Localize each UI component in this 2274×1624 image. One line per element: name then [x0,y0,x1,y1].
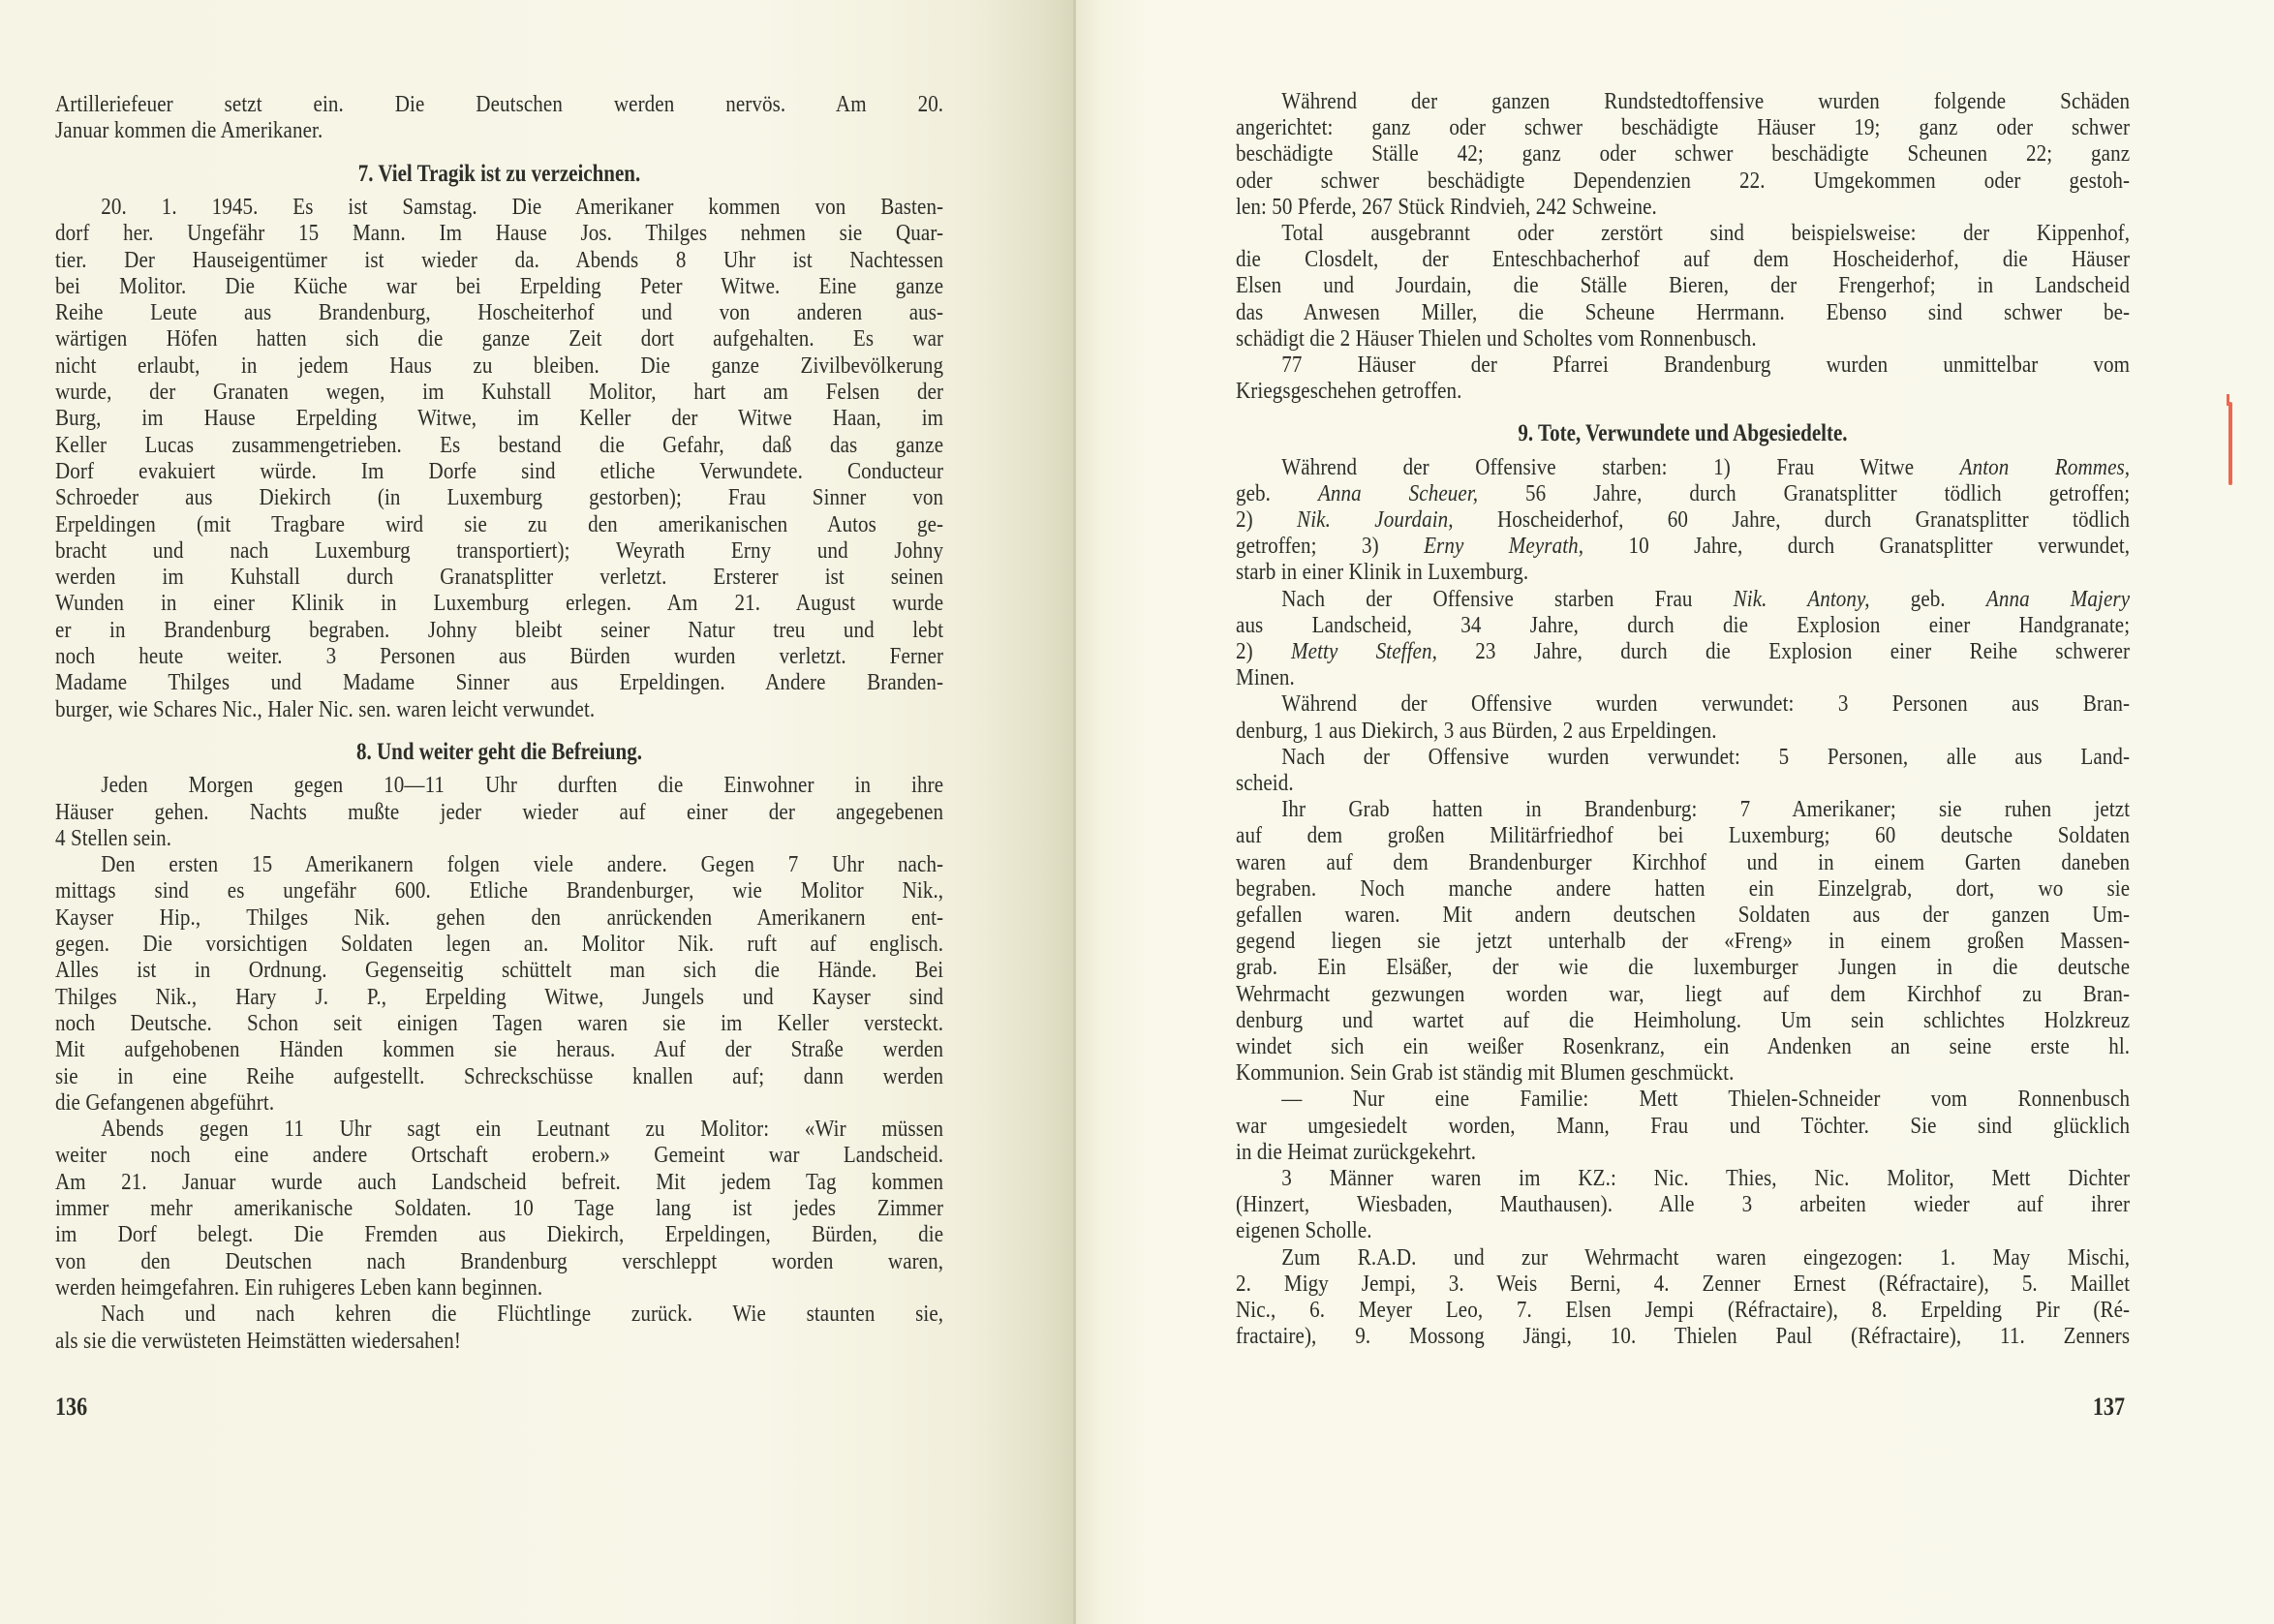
text-line: Wunden in einer Klinik in Luxemburg erle… [55,590,943,616]
text-line: starb in einer Klinik in Luxemburg. [1236,559,2130,585]
text-line: angerichtet: ganz oder schwer beschädigt… [1236,114,2130,140]
text-line: 3 Männer waren im KZ.: Nic. Thies, Nic. … [1236,1165,2130,1191]
text-line: Kayser Hip., Thilges Nik. gehen den anrü… [55,904,943,931]
text-line: Den ersten 15 Amerikanern folgen viele a… [55,851,943,877]
text-line: — Nur eine Familie: Mett Thielen-Schneid… [1236,1086,2130,1112]
text-line: Nach und nach kehren die Flüchtlinge zur… [55,1301,943,1327]
text-line: Januar kommen die Amerikaner. [55,117,943,143]
text-line: Wehrmacht gezwungen worden war, liegt au… [1236,981,2130,1007]
text-line: Minen. [1236,664,2130,690]
text-line: (Hinzert, Wiesbaden, Mauthausen). Alle 3… [1236,1191,2130,1217]
text-line: aus Landscheid, 34 Jahre, durch die Expl… [1236,612,2130,638]
text-line: Reihe Leute aus Brandenburg, Hoscheiterh… [55,299,943,325]
text-line: eigenen Scholle. [1236,1217,2130,1243]
text-line: Keller Lucas zusammengetrieben. Es besta… [55,432,943,458]
text-line: tier. Der Hauseigentümer ist wieder da. … [55,247,943,273]
text-line: Thilges Nik., Hary J. P., Erpelding Witw… [55,984,943,1010]
text-line: denburg, 1 aus Diekirch, 3 aus Bürden, 2… [1236,718,2130,744]
text-line: denburg und wartet auf die Heimholung. U… [1236,1007,2130,1033]
text-line: Total ausgebrannt oder zerstört sind bei… [1236,220,2130,246]
text-line: wärtigen Höfen hatten sich die ganze Zei… [55,325,943,352]
text-line: Jeden Morgen gegen 10—11 Uhr durften die… [55,772,943,798]
text-line: grab. Ein Elsäßer, der wie die luxemburg… [1236,954,2130,980]
text-line: nicht erlaubt, in jedem Haus zu bleiben.… [55,352,943,379]
text-line: bei Molitor. Die Küche war bei Erpelding… [55,273,943,299]
text-line: in die Heimat zurückgekehrt. [1236,1139,2130,1165]
text-line: 4 Stellen sein. [55,825,943,851]
text-line: 2) Metty Steffen, 23 Jahre, durch die Ex… [1236,638,2130,664]
page-number-right: 137 [2093,1393,2125,1422]
text-line: das Anwesen Miller, die Scheune Herrmann… [1236,299,2130,325]
text-line: Nach der Offensive wurden verwundet: 5 P… [1236,744,2130,770]
text-line: immer mehr amerikanische Soldaten. 10 Ta… [55,1195,943,1221]
text-line: getroffen; 3) Erny Meyrath, 10 Jahre, du… [1236,533,2130,559]
text-line: fractaire), 9. Mossong Jängi, 10. Thiele… [1236,1323,2130,1349]
text-line: Nach der Offensive starben Frau Nik. Ant… [1236,586,2130,612]
text-line: Während der ganzen Rundstedtoffensive wu… [1236,88,2130,114]
text-line: Dorf evakuiert würde. Im Dorfe sind etli… [55,458,943,484]
text-line: beschädigte Ställe 42; ganz oder schwer … [1236,140,2130,167]
text-line: Häuser gehen. Nachts mußte jeder wieder … [55,799,943,825]
text-line: weiter noch eine andere Ortschaft erober… [55,1142,943,1168]
text-line: Kriegsgeschehen getroffen. [1236,378,2130,404]
text-line: auf dem großen Militärfriedhof bei Luxem… [1236,822,2130,848]
text-line: wurde, der Granaten wegen, im Kuhstall M… [55,379,943,405]
text-line: werden im Kuhstall durch Granatsplitter … [55,564,943,590]
text-line: Kommunion. Sein Grab ist ständig mit Blu… [1236,1059,2130,1086]
text-line: noch heute weiter. 3 Personen aus Bürden… [55,643,943,669]
text-line: Madame Thilges und Madame Sinner aus Erp… [55,669,943,695]
text-line: mittags sind es ungefähr 600. Etliche Br… [55,877,943,904]
text-line: Zum R.A.D. und zur Wehrmacht waren einge… [1236,1244,2130,1271]
text-line: begraben. Noch manche andere hatten ein … [1236,875,2130,902]
text-line: Artilleriefeuer setzt ein. Die Deutschen… [55,91,943,117]
text-line: len: 50 Pferde, 267 Stück Rindvieh, 242 … [1236,194,2130,220]
text-line: Am 21. Januar wurde auch Landscheid befr… [55,1169,943,1195]
text-line: dorf her. Ungefähr 15 Mann. Im Hause Jos… [55,220,943,246]
text-line: bracht und nach Luxemburg transportiert)… [55,537,943,564]
text-line: 2) Nik. Jourdain, Hoscheiderhof, 60 Jahr… [1236,506,2130,533]
section-heading: 9. Tote, Verwundete und Abgesiedelte. [1307,419,2058,448]
text-line: Elsen und Jourdain, die Ställe Bieren, d… [1236,272,2130,298]
text-line: Schroeder aus Diekirch (in Luxemburg ges… [55,484,943,510]
text-line: 20. 1. 1945. Es ist Samstag. Die Amerika… [55,194,943,220]
text-line: Nic., 6. Meyer Leo, 7. Elsen Jempi (Réfr… [1236,1297,2130,1323]
text-line: windet sich ein weißer Rosenkranz, ein A… [1236,1033,2130,1059]
text-line: 77 Häuser der Pfarrei Brandenburg wurden… [1236,352,2130,378]
text-line: die Gefangenen abgeführt. [55,1089,943,1116]
text-line: waren auf dem Brandenburger Kirchhof und… [1236,849,2130,875]
text-line: Während der Offensive starben: 1) Frau W… [1236,454,2130,480]
text-line: die Closdelt, der Enteschbacherhof auf d… [1236,246,2130,272]
text-line: schädigt die 2 Häuser Thielen und Scholt… [1236,325,2130,352]
text-line: scheid. [1236,770,2130,796]
text-line: im Dorf belegt. Die Fremden aus Diekirch… [55,1221,943,1247]
section-heading: 8. Und weiter geht die Befreiung. [126,738,872,767]
text-line: noch Deutsche. Schon seit einigen Tagen … [55,1010,943,1036]
section-heading: 7. Viel Tragik ist zu verzeichnen. [126,160,872,189]
text-line: burger, wie Schares Nic., Haler Nic. sen… [55,696,943,722]
text-line: Mit aufgehobenen Händen kommen sie herau… [55,1036,943,1062]
text-line: Burg, im Hause Erpelding Witwe, im Kelle… [55,405,943,431]
text-line: Erpeldingen (mit Tragbare wird sie zu de… [55,511,943,537]
book-gutter [1073,0,1076,1624]
text-line: 2. Migy Jempi, 3. Weis Berni, 4. Zenner … [1236,1271,2130,1297]
text-line: war umgesiedelt worden, Mann, Frau und T… [1236,1113,2130,1139]
text-line: Während der Offensive wurden verwundet: … [1236,690,2130,717]
text-line: gefallen waren. Mit andern deutschen Sol… [1236,902,2130,928]
text-line: geb. Anna Scheuer, 56 Jahre, durch Grana… [1236,480,2130,506]
text-line: gegen. Die vorsichtigen Soldaten legen a… [55,931,943,957]
text-line: werden heimgefahren. Ein ruhigeres Leben… [55,1274,943,1301]
text-line: oder schwer beschädigte Dependenzien 22.… [1236,168,2130,194]
page-number-left: 136 [55,1393,87,1422]
text-line: sie in eine Reihe aufgestellt. Schrecksc… [55,1063,943,1089]
text-line: er in Brandenburg begraben. Johny bleibt… [55,617,943,643]
text-line: von den Deutschen nach Brandenburg versc… [55,1248,943,1274]
text-line: gegend liegen sie jetzt unterhalb der «F… [1236,928,2130,954]
text-line: als sie die verwüsteten Heimstätten wied… [55,1328,943,1354]
text-line: Ihr Grab hatten in Brandenburg: 7 Amerik… [1236,796,2130,822]
text-line: Abends gegen 11 Uhr sagt ein Leutnant zu… [55,1116,943,1142]
text-line: Alles ist in Ordnung. Gegenseitig schütt… [55,957,943,983]
red-margin-mark [2228,402,2232,485]
